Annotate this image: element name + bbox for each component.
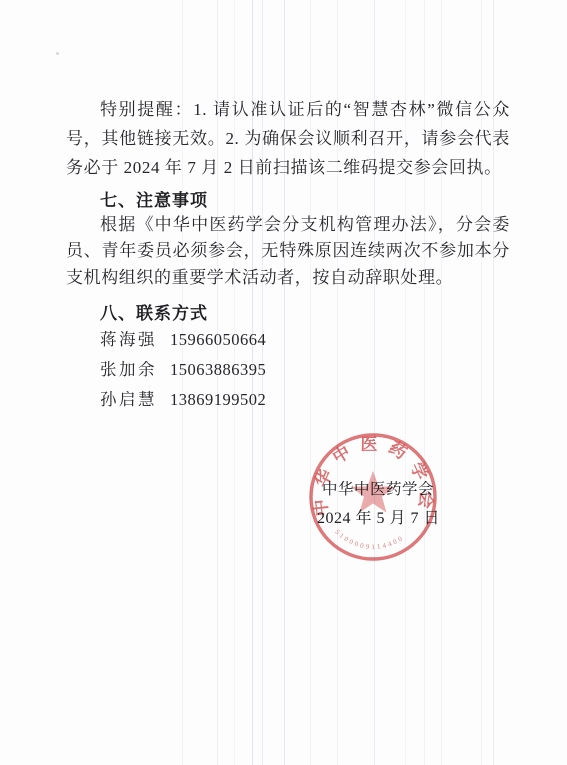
section7-heading: 七、注意事项 bbox=[66, 186, 544, 215]
contact-phone: 15063886395 bbox=[170, 360, 266, 379]
contact-phone: 15966050664 bbox=[170, 330, 266, 349]
contact-list: 蒋海强15966050664 张加余15063886395 孙启慧1386919… bbox=[66, 325, 510, 415]
contact-name: 张加余 bbox=[100, 360, 157, 379]
section8-heading: 八、联系方式 bbox=[66, 299, 544, 328]
special-notice-paragraph: 特别提醒：1. 请认准认证后的“智慧杏林”微信公众号，其他链接无效。2. 为确保… bbox=[66, 95, 510, 182]
scan-speck bbox=[56, 52, 59, 55]
contact-name: 孙启慧 bbox=[100, 390, 157, 409]
contact-row: 张加余15063886395 bbox=[66, 355, 510, 385]
signature-date: 2024 年 5 月 7 日 bbox=[317, 505, 440, 528]
contact-row: 蒋海强15966050664 bbox=[66, 325, 510, 355]
signature-organization: 中华中医药学会 bbox=[322, 477, 434, 499]
contact-name: 蒋海强 bbox=[100, 330, 157, 349]
seal-code: 5100009114400 bbox=[333, 528, 405, 551]
contact-phone: 13869199502 bbox=[170, 390, 266, 409]
contact-row: 孙启慧13869199502 bbox=[66, 385, 510, 415]
svg-text:5100009114400: 5100009114400 bbox=[333, 528, 405, 551]
scanned-document-page: 特别提醒：1. 请认准认证后的“智慧杏林”微信公众号，其他链接无效。2. 为确保… bbox=[0, 0, 567, 765]
section7-body: 根据《中华中医药学会分支机构管理办法》，分会委员、青年委员必须参会，无特殊原因连… bbox=[66, 212, 510, 291]
